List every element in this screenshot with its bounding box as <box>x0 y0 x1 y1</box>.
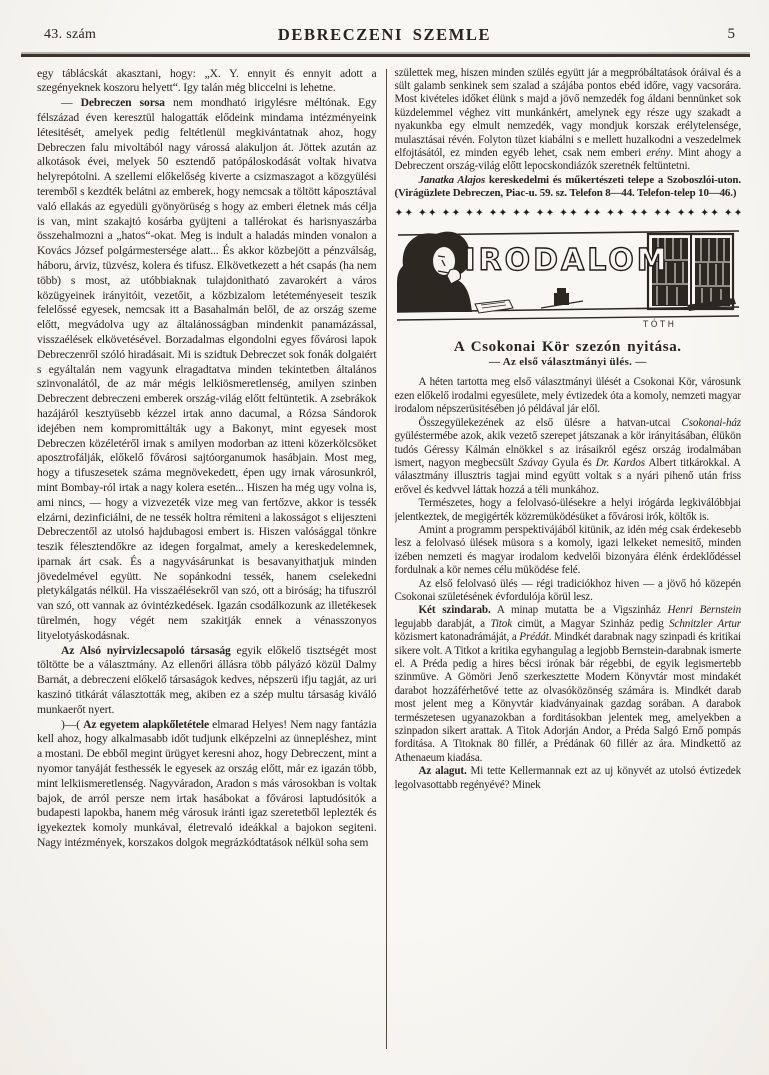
right-column: születtek meg, hiszen minden szülés együ… <box>395 67 742 1075</box>
illustration-title: IRODALOM <box>464 243 669 278</box>
text-segment: Szávay <box>518 457 548 469</box>
text-segment: Az alagut. <box>419 765 467 777</box>
text-segment: Két szindarab. <box>419 604 491 616</box>
text-segment: Az Alsó nyirvizlecsapoló társaság <box>61 644 231 657</box>
text-segment: Henri Bernstein <box>667 604 741 616</box>
text-segment: Az egyetem alapkőletétele <box>83 718 209 731</box>
paragraph: Janatka Alajos kereskedelmi és műkertész… <box>395 174 742 200</box>
paragraph: egy táblácskát akasztani, hogy: „X. Y. e… <box>37 67 377 97</box>
right-column-top: születtek meg, hiszen minden szülés együ… <box>395 67 742 201</box>
text-segment: Természetes, hogy a felolvasó-ülésekre a… <box>395 497 742 522</box>
newspaper-page: 43. szám DEBRECZENI SZEMLE 5 egy táblács… <box>0 0 769 1075</box>
text-segment: születtek meg, hiszen minden szülés együ… <box>395 67 742 159</box>
text-segment: Amint a programm perspektivájából kitüni… <box>395 524 742 576</box>
text-segment: A minap mutatta be a Vigszinház <box>491 604 668 616</box>
text-segment: cimüt, a Magyar Szinház pedig <box>512 618 669 630</box>
column-layout: egy táblácskát akasztani, hogy: „X. Y. e… <box>0 57 769 1075</box>
paragraph: Az Alsó nyirvizlecsapoló társaság egyik … <box>37 644 377 718</box>
irodalom-illustration: IRODALOM TÓTH <box>395 226 742 332</box>
article-heading: A Csokonai Kör szezón nyitása. <box>395 341 742 354</box>
text-segment: . Mindkét darabnak nagy szinpadi és krit… <box>395 631 742 764</box>
text-segment: Csokonai-ház <box>681 417 741 429</box>
paragraph: )—( Az egyetem alapkőletétele elmarad He… <box>37 718 377 851</box>
ornament-row: ✦✦ ✦✦ ✦✦ ✦✦ ✦✦ ✦✦ ✦✦ ✦✦ ✦✦ ✦✦ ✦✦ ✦✦ ✦✦ ✦… <box>395 207 742 220</box>
text-segment: )—( <box>61 718 83 731</box>
text-segment: Titok <box>490 618 512 630</box>
paragraph: A héten tartotta meg első választmányi ü… <box>395 376 742 416</box>
paragraph: Az alagut. Mi tette Kellermannak ezt az … <box>395 765 742 792</box>
paragraph: születtek meg, hiszen minden szülés együ… <box>395 67 742 174</box>
paragraph: Természetes, hogy a felolvasó-ülésekre a… <box>395 497 742 524</box>
column-divider <box>386 69 387 1049</box>
illustration-signature: TÓTH <box>642 318 676 330</box>
paragraph: Összegyülekezének az első ülésre a hatva… <box>395 417 742 497</box>
text-segment: Az első felolvasó ülés — régi tradiciókh… <box>395 578 742 603</box>
paragraph: Az első felolvasó ülés — régi tradiciókh… <box>395 578 742 605</box>
article-body: A héten tartotta meg első választmányi ü… <box>395 376 742 792</box>
text-segment: nem mondható irigylésre méltónak. Egy fé… <box>37 96 377 642</box>
text-segment: Dr. Kardos <box>596 457 645 469</box>
text-segment: legujabb darabját, a <box>395 618 491 630</box>
text-segment: — <box>61 96 81 109</box>
article-subheading: — Az első választmányi ülés. — <box>395 356 742 369</box>
masthead-title: DEBRECZENI SZEMLE <box>0 25 769 45</box>
text-segment: Prédát <box>519 631 548 643</box>
writer-at-desk-illustration: IRODALOM TÓTH <box>395 226 742 332</box>
paragraph: Két szindarab. A minap mutatta be a Vigs… <box>395 604 742 765</box>
text-segment: A héten tartotta meg első választmányi ü… <box>395 376 742 415</box>
text-segment: elmarad Helyes! Nem nagy fantázia kell a… <box>37 718 377 849</box>
paragraph: — Debreczen sorsa nem mondható irigylésr… <box>37 96 377 643</box>
text-segment: Összegyülekezének az első ülésre a hatva… <box>419 417 682 429</box>
page-number: 5 <box>728 26 736 43</box>
text-segment: egy táblácskát akasztani, hogy: „X. Y. e… <box>37 67 377 95</box>
text-segment: Schnitzler Artur <box>669 618 741 630</box>
left-column: egy táblácskát akasztani, hogy: „X. Y. e… <box>37 67 377 1075</box>
text-segment: közismert katonadrámáját, a <box>395 631 520 643</box>
text-segment: Debreczen sorsa <box>81 96 165 109</box>
text-segment: Janatka Alajos <box>419 174 486 186</box>
text-segment: Gyula és <box>548 457 596 469</box>
text-segment: erény <box>646 147 670 159</box>
page-header: 43. szám DEBRECZENI SZEMLE 5 <box>0 0 769 51</box>
paragraph: Amint a programm perspektivájából kitüni… <box>395 524 742 578</box>
